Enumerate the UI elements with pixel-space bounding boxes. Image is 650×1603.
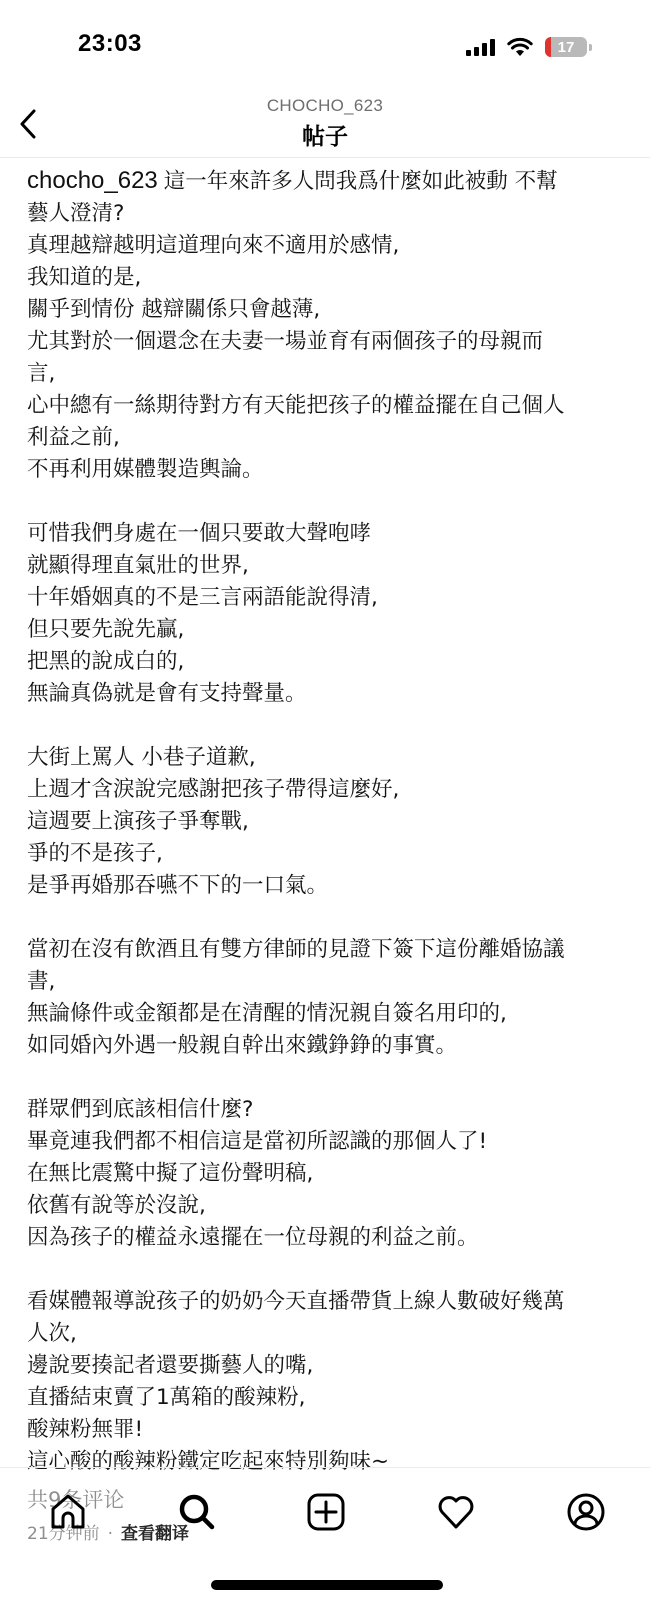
cellular-signal-icon	[466, 38, 495, 56]
caption-text: 關乎到情份 越辯關係只會越薄,	[27, 297, 320, 322]
caption-text: 但只要先說先贏,	[27, 617, 184, 642]
nav-activity[interactable]	[434, 1490, 478, 1534]
caption-text: 爭的不是孩子,	[27, 841, 163, 866]
caption-line: 言,	[27, 358, 627, 390]
nav-home[interactable]	[46, 1490, 90, 1534]
battery-percent: 17	[558, 39, 575, 56]
caption-line: 就顯得理直氣壯的世界,	[27, 550, 627, 582]
caption-text: 上週才含淚說完感謝把孩子帶得這麼好,	[27, 777, 399, 802]
caption-text: 不再利用媒體製造輿論。	[27, 457, 264, 482]
caption-line: 酸辣粉無罪!	[27, 1414, 627, 1446]
caption-line: chocho_623這一年來許多人問我爲什麼如此被動 不幫	[27, 165, 627, 198]
paragraph-gap	[27, 1062, 627, 1094]
caption-line: 看媒體報導說孩子的奶奶今天直播帶貨上線人數破好幾萬	[27, 1286, 627, 1318]
caption-line: 藝人澄清?	[27, 198, 627, 230]
caption-text: 當初在沒有飲酒且有雙方律師的見證下簽下這份離婚協議	[27, 937, 565, 962]
caption-text: 無論條件或金額都是在清醒的情況親自簽名用印的,	[27, 1001, 507, 1026]
caption-line: 尤其對於一個還念在夫妻一場並育有兩個孩子的母親而	[27, 326, 627, 358]
home-indicator[interactable]	[211, 1580, 443, 1590]
caption-line: 群眾們到底該相信什麼?	[27, 1094, 627, 1126]
nav-search[interactable]	[175, 1490, 219, 1534]
caption-text: 依舊有說等於沒說,	[27, 1193, 206, 1218]
caption-line: 不再利用媒體製造輿論。	[27, 454, 627, 486]
battery-tip	[589, 44, 592, 51]
caption-text: 因為孩子的權益永遠擺在一位母親的利益之前。	[27, 1225, 479, 1250]
caption-line: 把黑的說成白的,	[27, 646, 627, 678]
caption-line: 上週才含淚說完感謝把孩子帶得這麼好,	[27, 774, 627, 806]
paragraph-gap	[27, 1254, 627, 1286]
caption-text: 把黑的說成白的,	[27, 649, 184, 674]
nav-create[interactable]	[304, 1490, 348, 1534]
caption-line: 心中總有一絲期待對方有天能把孩子的權益擺在自己個人	[27, 390, 627, 422]
caption-text: 藝人澄清?	[27, 201, 124, 226]
caption-text: 直播結束賣了1萬箱的酸辣粉,	[27, 1385, 306, 1410]
caption-line: 這週要上演孩子爭奪戰,	[27, 806, 627, 838]
battery-level	[545, 37, 551, 57]
caption-text: 十年婚姻真的不是三言兩語能說得清,	[27, 585, 378, 610]
caption-line: 我知道的是,	[27, 262, 627, 294]
profile-icon	[566, 1492, 606, 1532]
caption-text: 心中總有一絲期待對方有天能把孩子的權益擺在自己個人	[27, 393, 565, 418]
caption-line: 邊說要揍記者還要撕藝人的嘴,	[27, 1350, 627, 1382]
caption-text: 無論真偽就是會有支持聲量。	[27, 681, 307, 706]
caption-line: 十年婚姻真的不是三言兩語能說得清,	[27, 582, 627, 614]
caption-line: 爭的不是孩子,	[27, 838, 627, 870]
caption-line: 無論條件或金額都是在清醒的情況親自簽名用印的,	[27, 998, 627, 1030]
paragraph-gap	[27, 486, 627, 518]
status-bar: 23:03 17	[0, 0, 650, 90]
wifi-icon	[507, 37, 533, 57]
caption-line: 當初在沒有飲酒且有雙方律師的見證下簽下這份離婚協議	[27, 934, 627, 966]
caption-line: 書,	[27, 966, 627, 998]
caption-text: 這一年來許多人問我爲什麼如此被動 不幫	[164, 169, 558, 194]
caption-line: 利益之前,	[27, 422, 627, 454]
caption-text: 酸辣粉無罪!	[27, 1417, 143, 1442]
caption-text: 在無比震驚中擬了這份聲明稿,	[27, 1161, 313, 1186]
caption-line: 如同婚內外遇一般親自幹出來鐵錚錚的事實。	[27, 1030, 627, 1062]
caption-line: 是爭再婚那吞嚥不下的一口氣。	[27, 870, 627, 902]
caption-text: 這週要上演孩子爭奪戰,	[27, 809, 249, 834]
bottom-nav	[0, 1467, 650, 1537]
caption-text: 畢竟連我們都不相信這是當初所認識的那個人了!	[27, 1129, 487, 1154]
caption-text: 看媒體報導說孩子的奶奶今天直播帶貨上線人數破好幾萬	[27, 1289, 565, 1314]
caption-text: 邊說要揍記者還要撕藝人的嘴,	[27, 1353, 313, 1378]
caption-text: 可惜我們身處在一個只要敢大聲咆哮	[27, 521, 371, 546]
paragraph-gap	[27, 710, 627, 742]
post-screen: 23:03 17 CHOCHO_623 帖子	[0, 0, 650, 1603]
heart-icon	[436, 1492, 476, 1532]
paragraph-gap	[27, 902, 627, 934]
post-author-username[interactable]: chocho_623	[27, 167, 158, 194]
caption-line: 依舊有說等於沒說,	[27, 1190, 627, 1222]
battery-icon: 17	[545, 37, 587, 57]
page-title: 帖子	[0, 118, 650, 151]
search-icon	[177, 1492, 217, 1532]
header-username: CHOCHO_623	[0, 96, 650, 116]
caption-text: 尤其對於一個還念在夫妻一場並育有兩個孩子的母親而	[27, 329, 543, 354]
caption-text: 群眾們到底該相信什麼?	[27, 1097, 253, 1122]
post-content: chocho_623這一年來許多人問我爲什麼如此被動 不幫藝人澄清?真理越辯越明…	[27, 165, 627, 1548]
post-header: CHOCHO_623 帖子	[0, 90, 650, 158]
caption-line: 直播結束賣了1萬箱的酸辣粉,	[27, 1382, 627, 1414]
status-icons: 17	[466, 37, 592, 57]
status-time: 23:03	[78, 30, 142, 58]
caption-text: 是爭再婚那吞嚥不下的一口氣。	[27, 873, 328, 898]
caption-line: 但只要先說先贏,	[27, 614, 627, 646]
caption-line: 可惜我們身處在一個只要敢大聲咆哮	[27, 518, 627, 550]
plus-square-icon	[306, 1492, 346, 1532]
caption-line: 因為孩子的權益永遠擺在一位母親的利益之前。	[27, 1222, 627, 1254]
caption-text: 我知道的是,	[27, 265, 141, 290]
home-icon	[48, 1492, 88, 1532]
caption-text: 利益之前,	[27, 425, 120, 450]
caption-text: 真理越辯越明這道理向來不適用於感情,	[27, 233, 399, 258]
caption-text: 大街上罵人 小巷子道歉,	[27, 745, 256, 770]
caption-line: 關乎到情份 越辯關係只會越薄,	[27, 294, 627, 326]
caption-text: 人次,	[27, 1321, 77, 1346]
caption-line: 無論真偽就是會有支持聲量。	[27, 678, 627, 710]
caption-text: 就顯得理直氣壯的世界,	[27, 553, 249, 578]
caption-line: 真理越辯越明這道理向來不適用於感情,	[27, 230, 627, 262]
caption-line: 大街上罵人 小巷子道歉,	[27, 742, 627, 774]
caption-line: 人次,	[27, 1318, 627, 1350]
caption-line: 在無比震驚中擬了這份聲明稿,	[27, 1158, 627, 1190]
nav-profile[interactable]	[564, 1490, 608, 1534]
post-caption: chocho_623這一年來許多人問我爲什麼如此被動 不幫藝人澄清?真理越辯越明…	[27, 165, 627, 1478]
caption-line: 畢竟連我們都不相信這是當初所認識的那個人了!	[27, 1126, 627, 1158]
caption-text: 書,	[27, 969, 55, 994]
caption-text: 如同婚內外遇一般親自幹出來鐵錚錚的事實。	[27, 1033, 457, 1058]
caption-text: 言,	[27, 361, 55, 386]
